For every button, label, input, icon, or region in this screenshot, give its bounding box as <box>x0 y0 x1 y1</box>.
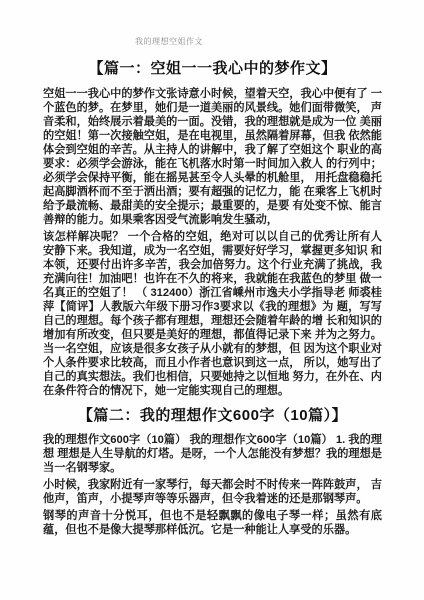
section-2-paragraph-2: 小时候，我家附近有一家琴行，每天都会时不时传来一阵阵鼓声， 吉他声，笛声，小提琴… <box>43 478 382 506</box>
section-2-heading: 【篇二：我的理想作文600字（10篇）】 <box>43 404 382 425</box>
section-1-paragraph-1: 空姐一一我心中的梦作文张诗意小时候，望着天空，我心中便有了 一个蓝色的梦。在梦里… <box>43 87 382 227</box>
section-2-paragraph-1: 我的理想作文600字（10篇） 我的理想作文600字（10篇） 1. 我的理想 … <box>43 433 382 475</box>
section-1-paragraph-2: 该怎样解决呢？ 一个合格的空姐，绝对可以以自己的优秀让所有人 安静下来。我知道，… <box>43 230 382 398</box>
document-page: 我的理想空姐作文 【篇一：空姐一一我心中的梦作文】 空姐一一我心中的梦作文张诗意… <box>0 0 424 600</box>
document-header-note: 我的理想空姐作文 <box>135 36 382 47</box>
section-2-paragraph-3: 钢琴的声音十分悦耳，但也不是轻飘飘的像电子琴一样；虽然有底 蕴，但也不是像大提琴… <box>43 509 382 537</box>
section-1-heading: 【篇一：空姐一一我心中的梦作文】 <box>43 57 382 78</box>
